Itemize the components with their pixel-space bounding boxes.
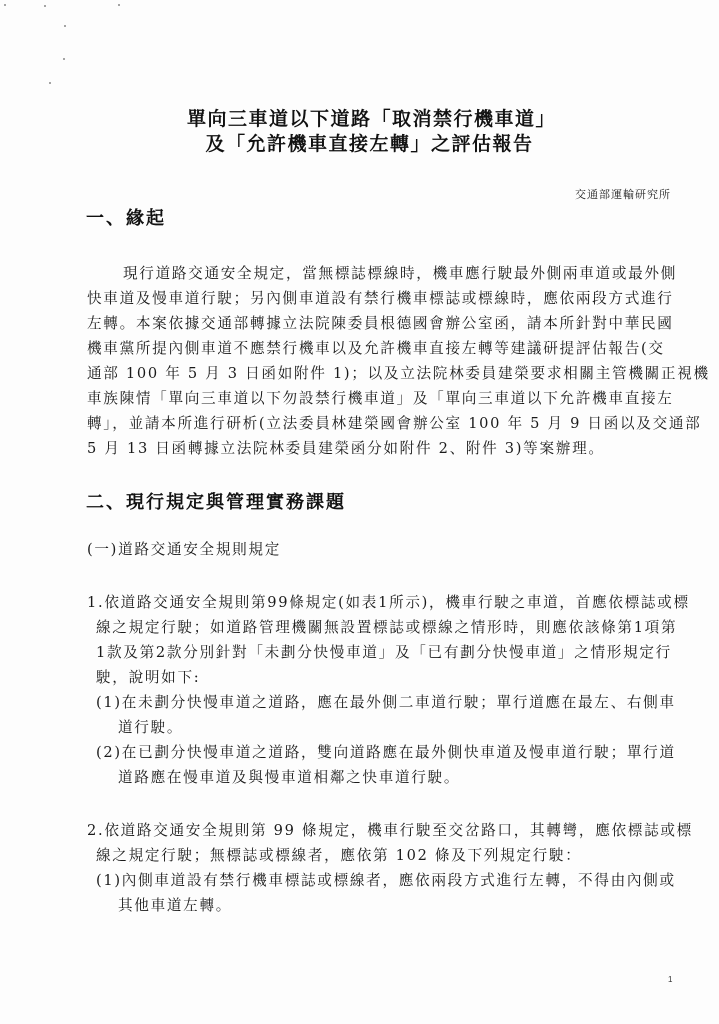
paragraph-line: 車族陳情「單向三車道以下勿設禁行機車道」及「單向三車道以下允許機車直接左 [87, 389, 674, 409]
item-1-sub-2-line: (2)在已劃分快慢車道之道路，雙向道路應在最外側快車道及慢車道行駛；單行道 [96, 743, 676, 763]
item-2-sub-1-line: 其他車道左轉。 [118, 896, 232, 916]
scan-speck [49, 82, 51, 84]
document-page: 單向三車道以下道路「取消禁行機車道」 及「允許機車直接左轉」之評估報告 交通部運… [0, 0, 719, 1024]
item-2-line: 2.依道路交通安全規則第 99 條規定，機車行駛至交岔路口，其轉彎，應依標誌或標 [87, 821, 693, 841]
scan-speck [4, 4, 6, 6]
section-2-heading: 二、現行規定與管理實務課題 [86, 488, 346, 514]
paragraph-line: 左轉。本案依據交通部轉據立法院陳委員根德國會辦公室函，請本所針對中華民國 [87, 314, 674, 334]
paragraph-line: 快車道及慢車道行駛；另內側車道設有禁行機車標誌或標線時，應依兩段方式進行 [87, 289, 674, 309]
item-1-sub-1-line: (1)在未劃分快慢車道之道路，應在最外側二車道行駛；單行道應在最左、右側車 [96, 693, 676, 713]
scan-speck [44, 5, 46, 7]
paragraph-line: 轉」，並請本所進行研析(立法委員林建榮國會辦公室 100 年 5 月 9 日函以… [87, 414, 701, 434]
subsection-heading: (一)道路交通安全規則規定 [87, 540, 281, 560]
page-number: 1 [668, 975, 672, 984]
item-2-line: 線之規定行駛；無標誌或標線者，應依第 102 條及下列規定行駛： [96, 846, 582, 866]
item-1-sub-2-line: 道路應在慢車道及與慢車道相鄰之快車道行駛。 [118, 768, 460, 788]
item-1-line: 1.依道路交通安全規則第99條規定(如表1所示)，機車行駛之車道，首應依標誌或標 [87, 593, 690, 613]
paragraph-line: 通部 100 年 5 月 3 日函如附件 1)；以及立法院林委員建榮要求相關主管… [87, 364, 710, 384]
organization-name: 交通部運輸研究所 [575, 186, 671, 202]
paragraph-line: 現行道路交通安全規定，當無標誌標線時，機車應行駛最外側兩車道或最外側 [123, 264, 677, 284]
scan-speck [63, 58, 65, 60]
paragraph-line: 機車黨所提內側車道不應禁行機車以及允許機車直接左轉等建議研提評估報告(交 [87, 339, 665, 359]
item-2-sub-1-line: (1)內側車道設有禁行機車標誌或標線者，應依兩段方式進行左轉，不得由內側或 [96, 871, 676, 891]
item-1-line: 駛，說明如下: [96, 668, 200, 688]
item-1-line: 線之規定行駛；如道路管理機關無設置標誌或標線之情形時，則應依該條第1項第 [96, 618, 677, 638]
paragraph-line: 5 月 13 日函轉據立法院林委員建榮函分如附件 2、附件 3)等案辦理。 [87, 439, 605, 459]
item-1-sub-1-line: 道行駛。 [118, 718, 183, 738]
section-1-heading: 一、緣起 [86, 204, 166, 230]
scan-speck [118, 4, 120, 6]
scan-speck [64, 25, 66, 27]
document-title-line-1: 單向三車道以下道路「取消禁行機車道」 [12, 106, 719, 132]
item-1-line: 1款及第2款分別針對「未劃分快慢車道」及「已有劃分快慢車道」之情形規定行 [96, 643, 672, 663]
document-title-line-2: 及「允許機車直接左轉」之評估報告 [10, 131, 719, 157]
